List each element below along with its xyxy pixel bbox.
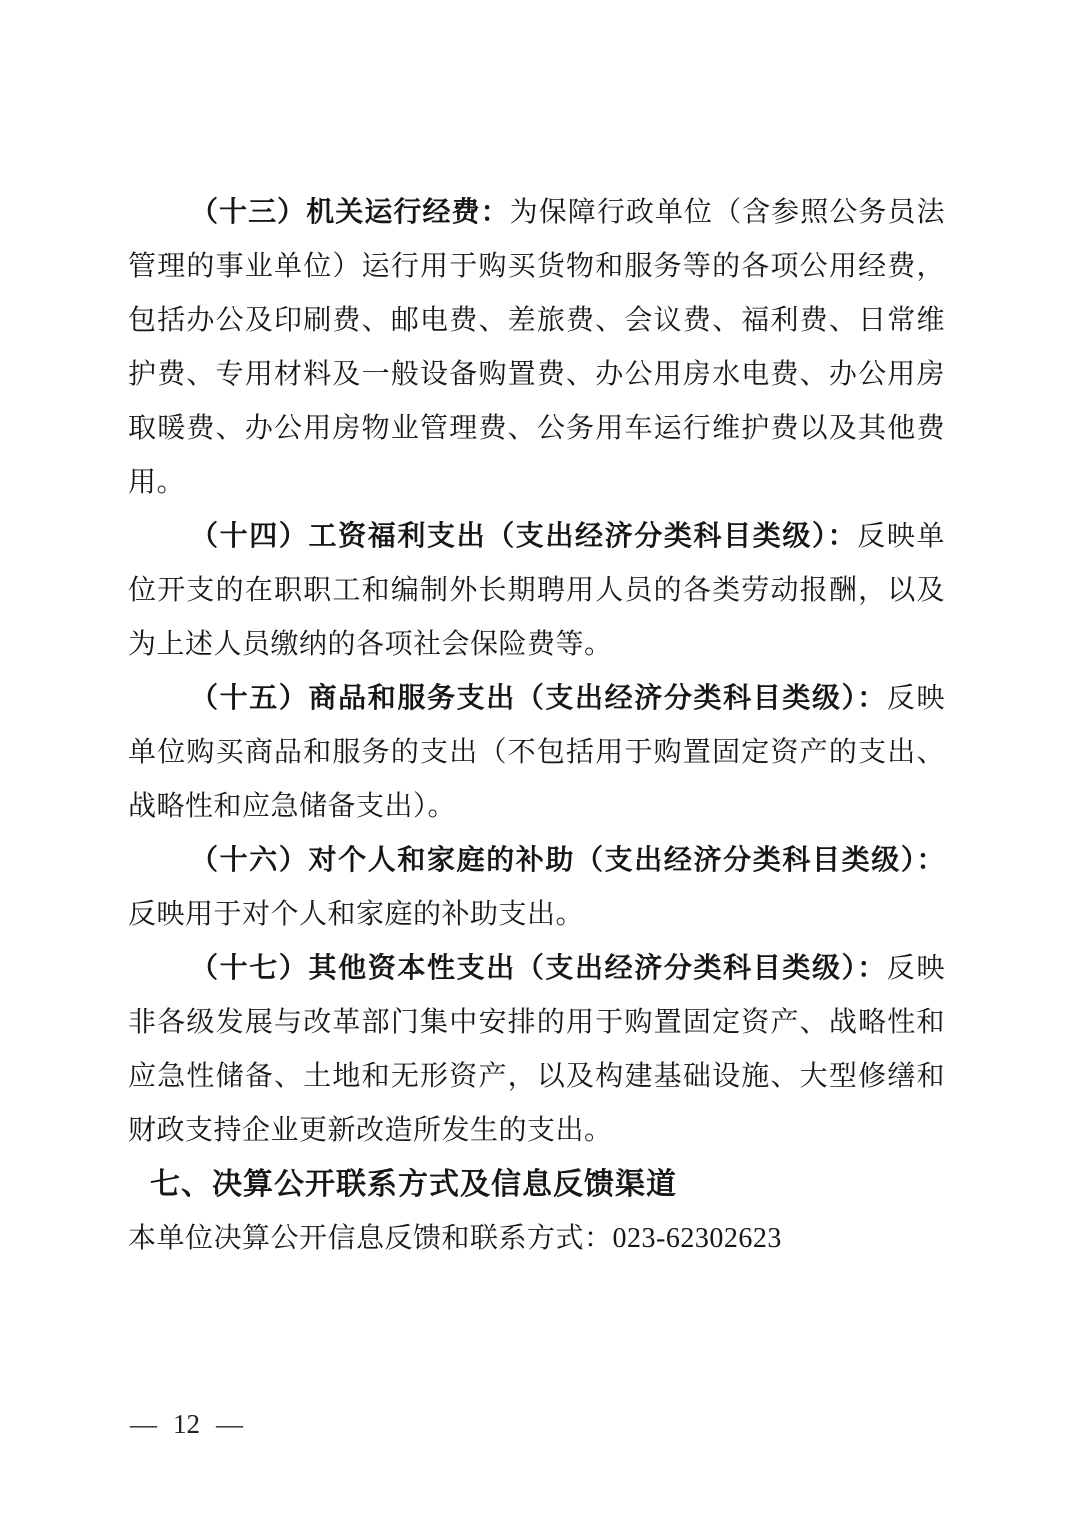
paragraph-text: 用。: [128, 467, 185, 498]
footer-dash-right: —: [216, 1404, 243, 1444]
paragraph-lead: （十三）机关运行经费：: [190, 197, 510, 228]
text-line: （十四）工资福利支出（支出经济分类科目类级）：反映单: [128, 510, 945, 564]
text-line: 位开支的在职职工和编制外长期聘用人员的各类劳动报酬，以及: [128, 564, 945, 618]
paragraph-text: 包括办公及印刷费、邮电费、差旅费、会议费、福利费、日常维: [128, 305, 945, 336]
paragraph-text: 反映: [887, 683, 945, 714]
text-line: 单位购买商品和服务的支出（不包括用于购置固定资产的支出、: [128, 726, 945, 780]
paragraph-text: 应急性储备、土地和无形资产，以及构建基础设施、大型修缮和: [128, 1061, 945, 1092]
paragraph-text: 位开支的在职职工和编制外长期聘用人员的各类劳动报酬，以及: [128, 575, 945, 606]
text-line: （十六）对个人和家庭的补助（支出经济分类科目类级）：: [128, 834, 945, 888]
paragraph-lead: （十七）其他资本性支出（支出经济分类科目类级）：: [190, 953, 887, 984]
paragraph-lead: （十六）对个人和家庭的补助（支出经济分类科目类级）：: [190, 845, 945, 876]
text-line: 战略性和应急储备支出）。: [128, 780, 945, 834]
paragraph-text: 反映: [887, 953, 945, 984]
contact-label: 本单位决算公开信息反馈和联系方式：: [128, 1223, 613, 1254]
paragraph-text: 为保障行政单位（含参照公务员法: [510, 197, 945, 228]
paragraph-lead: （十四）工资福利支出（支出经济分类科目类级）：: [190, 521, 857, 552]
paragraph-text: 反映用于对个人和家庭的补助支出。: [128, 899, 584, 930]
paragraph-text: 单位购买商品和服务的支出（不包括用于购置固定资产的支出、: [128, 737, 945, 768]
text-line: （十五）商品和服务支出（支出经济分类科目类级）：反映: [128, 672, 945, 726]
text-line: 包括办公及印刷费、邮电费、差旅费、会议费、福利费、日常维: [128, 294, 945, 348]
text-body: （十三）机关运行经费：为保障行政单位（含参照公务员法管理的事业单位）运行用于购买…: [128, 186, 945, 1266]
paragraph-lead: （十五）商品和服务支出（支出经济分类科目类级）：: [190, 683, 887, 714]
paragraph-item-15: （十五）商品和服务支出（支出经济分类科目类级）：反映单位购买商品和服务的支出（不…: [128, 672, 945, 834]
paragraphs-container: （十三）机关运行经费：为保障行政单位（含参照公务员法管理的事业单位）运行用于购买…: [128, 186, 945, 1158]
page-footer: — 12 —: [130, 1404, 243, 1444]
text-line: （十七）其他资本性支出（支出经济分类科目类级）：反映: [128, 942, 945, 996]
paragraph-text: 管理的事业单位）运行用于购买货物和服务等的各项公用经费，: [128, 251, 945, 282]
text-line: 护费、专用材料及一般设备购置费、办公用房水电费、办公用房: [128, 348, 945, 402]
contact-line: 本单位决算公开信息反馈和联系方式：023-62302623: [128, 1212, 945, 1266]
paragraph-text: 取暖费、办公用房物业管理费、公务用车运行维护费以及其他费: [128, 413, 945, 444]
page-number: 12: [173, 1404, 200, 1444]
text-line: 反映用于对个人和家庭的补助支出。: [128, 888, 945, 942]
paragraph-text: 为上述人员缴纳的各项社会保险费等。: [128, 629, 613, 660]
text-line: 财政支持企业更新改造所发生的支出。: [128, 1104, 945, 1158]
text-line: 取暖费、办公用房物业管理费、公务用车运行维护费以及其他费: [128, 402, 945, 456]
text-line: 为上述人员缴纳的各项社会保险费等。: [128, 618, 945, 672]
paragraph-item-14: （十四）工资福利支出（支出经济分类科目类级）：反映单位开支的在职职工和编制外长期…: [128, 510, 945, 672]
document-page: （十三）机关运行经费：为保障行政单位（含参照公务员法管理的事业单位）运行用于购买…: [0, 0, 1075, 1520]
paragraph-item-17: （十七）其他资本性支出（支出经济分类科目类级）：反映非各级发展与改革部门集中安排…: [128, 942, 945, 1158]
section-heading: 七、决算公开联系方式及信息反馈渠道: [128, 1158, 945, 1212]
text-line: 应急性储备、土地和无形资产，以及构建基础设施、大型修缮和: [128, 1050, 945, 1104]
text-line: 非各级发展与改革部门集中安排的用于购置固定资产、战略性和: [128, 996, 945, 1050]
text-line: 管理的事业单位）运行用于购买货物和服务等的各项公用经费，: [128, 240, 945, 294]
footer-dash-left: —: [130, 1404, 157, 1444]
paragraph-text: 护费、专用材料及一般设备购置费、办公用房水电费、办公用房: [128, 359, 945, 390]
paragraph-text: 反映单: [857, 521, 945, 552]
text-line: （十三）机关运行经费：为保障行政单位（含参照公务员法: [128, 186, 945, 240]
contact-phone-number: 023-62302623: [613, 1223, 782, 1254]
paragraph-text: 财政支持企业更新改造所发生的支出。: [128, 1115, 613, 1146]
paragraph-text: 战略性和应急储备支出）。: [128, 791, 456, 822]
paragraph-text: 非各级发展与改革部门集中安排的用于购置固定资产、战略性和: [128, 1007, 945, 1038]
text-line: 用。: [128, 456, 945, 510]
paragraph-item-16: （十六）对个人和家庭的补助（支出经济分类科目类级）：反映用于对个人和家庭的补助支…: [128, 834, 945, 942]
paragraph-item-13: （十三）机关运行经费：为保障行政单位（含参照公务员法管理的事业单位）运行用于购买…: [128, 186, 945, 510]
